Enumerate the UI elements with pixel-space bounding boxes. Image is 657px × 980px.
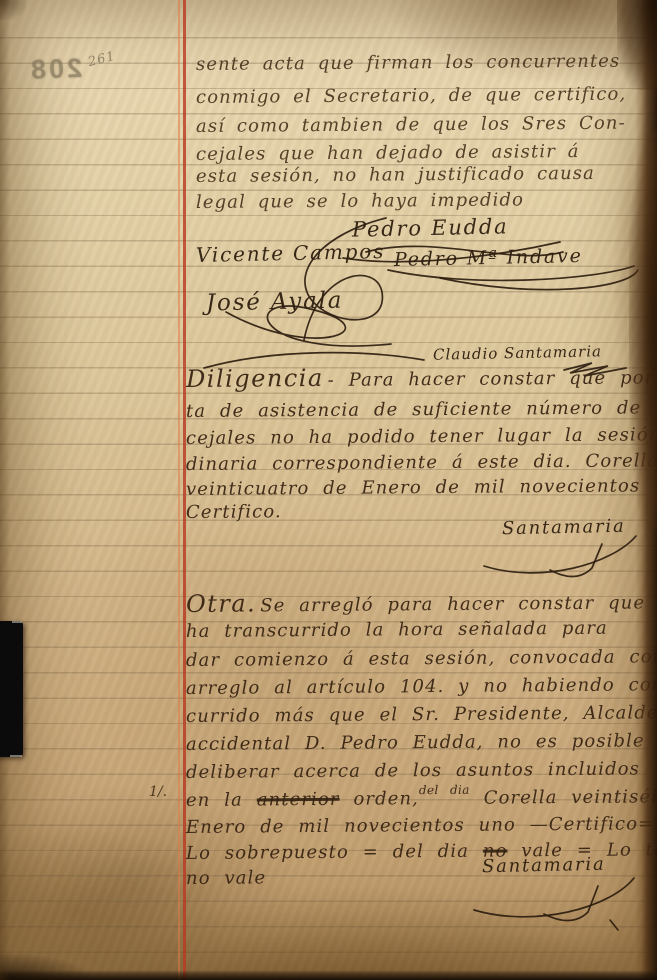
binding-clip	[0, 621, 23, 757]
handwritten-line: cejales no ha podido tener lugar la sesi…	[186, 424, 657, 449]
handwritten-line: Enero de mil novecientos uno —Certifico=	[186, 813, 654, 838]
handwritten-line: ta de asistencia de suficiente número de…	[186, 396, 657, 422]
signature-rubric-flourish	[460, 868, 645, 930]
clip-highlight	[12, 621, 22, 623]
page-bottom-shadow	[0, 970, 657, 980]
handwritten-line: dinaria correspondiente á este dia. Core…	[186, 450, 657, 475]
otra-heading: Otra.	[186, 589, 256, 618]
handwritten-line: sente acta que firman los concurrentes	[196, 51, 620, 75]
interlinear-insertion: del dia	[419, 783, 470, 797]
struck-word: anterior	[257, 789, 340, 811]
handwritten-line: cejales que han dejado de asistir á	[196, 141, 580, 165]
handwritten-line: currido más que el Sr. Presidente, Alcal…	[186, 702, 657, 727]
handwritten-line: Certifico.	[186, 501, 282, 523]
handwritten-line: conmigo el Secretario, de que certifico,	[196, 84, 626, 108]
diligencia-heading: Diligencia	[186, 364, 324, 393]
handwritten-line-otra: Otra.Se arregló para hacer constar que	[186, 586, 645, 618]
handwritten-line: ha transcurrido la hora señalada para	[186, 618, 608, 642]
handwritten-line: veinticuatro de Enero de mil novecientos…	[186, 475, 657, 500]
handwritten-line-amended: en la anterior orden,del dia Corella vei…	[186, 786, 657, 811]
clip-highlight	[10, 755, 22, 757]
page-corner-bottom-left-shadow	[0, 954, 90, 980]
signature-rubric-flourish	[472, 528, 647, 586]
handwritten-line: esta sesión, no han justificado causa	[196, 163, 595, 187]
binding-stain	[629, 130, 657, 530]
margin-annotation-mark: 1/.	[149, 784, 167, 800]
handwritten-line: accidental D. Pedro Eudda, no es posible	[186, 730, 645, 755]
page-left-edge	[0, 0, 10, 980]
sobre-pre: Lo sobrepuesto = del dia	[186, 841, 483, 864]
handwritten-line-diligencia: Diligencia- Para hacer constar que por f…	[186, 361, 657, 393]
handwritten-line: arreglo al artículo 104. y no habiendo c…	[186, 674, 657, 699]
margin-rule-line-outer	[178, 0, 180, 980]
handwritten-line: deliberar acerca de los asuntos incluido…	[186, 758, 640, 783]
handwritten-line: no vale	[186, 867, 266, 889]
handwritten-line: dar comienzo á esta sesión, convocada co…	[186, 646, 657, 671]
handwritten-line: legal que se lo haya impedido	[196, 189, 524, 213]
manuscript-page: 208 261 1/. sente acta que firman los co…	[0, 0, 657, 980]
diligencia-line1: - Para hacer constar que por fal-	[328, 367, 657, 391]
page-corner-top-left-shadow	[0, 0, 26, 20]
binding-corner-top-right	[617, 0, 657, 90]
signature-rubric-flourish	[382, 258, 642, 298]
amend-post: Corella veintiséis de	[470, 786, 657, 809]
amend-mid: orden,	[340, 788, 420, 810]
page-number-stamp-bleed: 208	[27, 53, 82, 86]
otra-line1: Se arregló para hacer constar que	[260, 592, 645, 616]
amend-pre: en la	[186, 789, 257, 811]
handwritten-line: así como tambien de que los Sres Con-	[196, 113, 626, 137]
